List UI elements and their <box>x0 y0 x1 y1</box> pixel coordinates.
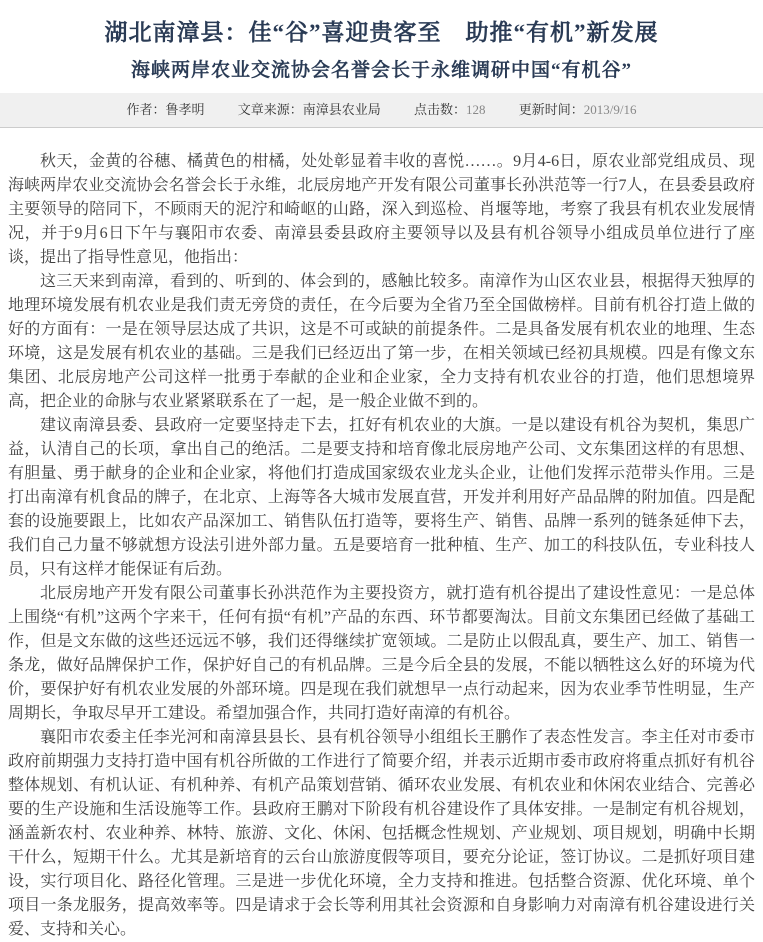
article-paragraph: 襄阳市农委主任李光河和南漳县县长、县有机谷领导小组组长王鹏作了表态性发言。李主任… <box>8 726 755 942</box>
article-paragraph: 北辰房地产开发有限公司董事长孙洪范作为主要投资方，就打造有机谷提出了建设性意见：… <box>8 582 755 726</box>
updated-value: 2013/9/16 <box>584 102 637 117</box>
article-title: 湖北南漳县：佳“谷”喜迎贵客至 助推“有机”新发展 <box>24 18 739 48</box>
meta-bar: 作者：鲁孝明 文章来源：南漳县农业局 点击数：128 更新时间：2013/9/1… <box>0 93 763 128</box>
source-label: 文章来源： <box>238 102 303 117</box>
meta-author: 作者：鲁孝明 <box>126 93 204 127</box>
updated-label: 更新时间： <box>519 102 584 117</box>
hits-label: 点击数： <box>414 102 466 117</box>
article-paragraph: 秋天，金黄的谷穗、橘黄色的柑橘，处处彰显着丰收的喜悦……。9月4-6日，原农业部… <box>8 150 755 270</box>
article-paragraph: 这三天来到南漳，看到的、听到的、体会到的，感触比较多。南漳作为山区农业县，根据得… <box>8 270 755 414</box>
author-value: 鲁孝明 <box>165 102 204 117</box>
article-subtitle: 海峡两岸农业交流协会名誉会长于永维调研中国“有机谷” <box>24 58 739 84</box>
meta-hits: 点击数：128 <box>414 93 486 127</box>
meta-source: 文章来源：南漳县农业局 <box>238 93 381 127</box>
hits-value: 128 <box>466 102 486 117</box>
article-paragraph: 建议南漳县委、县政府一定要坚持走下去，扛好有机农业的大旗。一是以建设有机谷为契机… <box>8 414 755 582</box>
article-body: 秋天，金黄的谷穗、橘黄色的柑橘，处处彰显着丰收的喜悦……。9月4-6日，原农业部… <box>0 128 763 942</box>
author-label: 作者： <box>126 102 165 117</box>
meta-updated: 更新时间：2013/9/16 <box>519 93 637 127</box>
article-page: 湖北南漳县：佳“谷”喜迎贵客至 助推“有机”新发展 海峡两岸农业交流协会名誉会长… <box>0 18 763 942</box>
source-value: 南漳县农业局 <box>303 102 381 117</box>
